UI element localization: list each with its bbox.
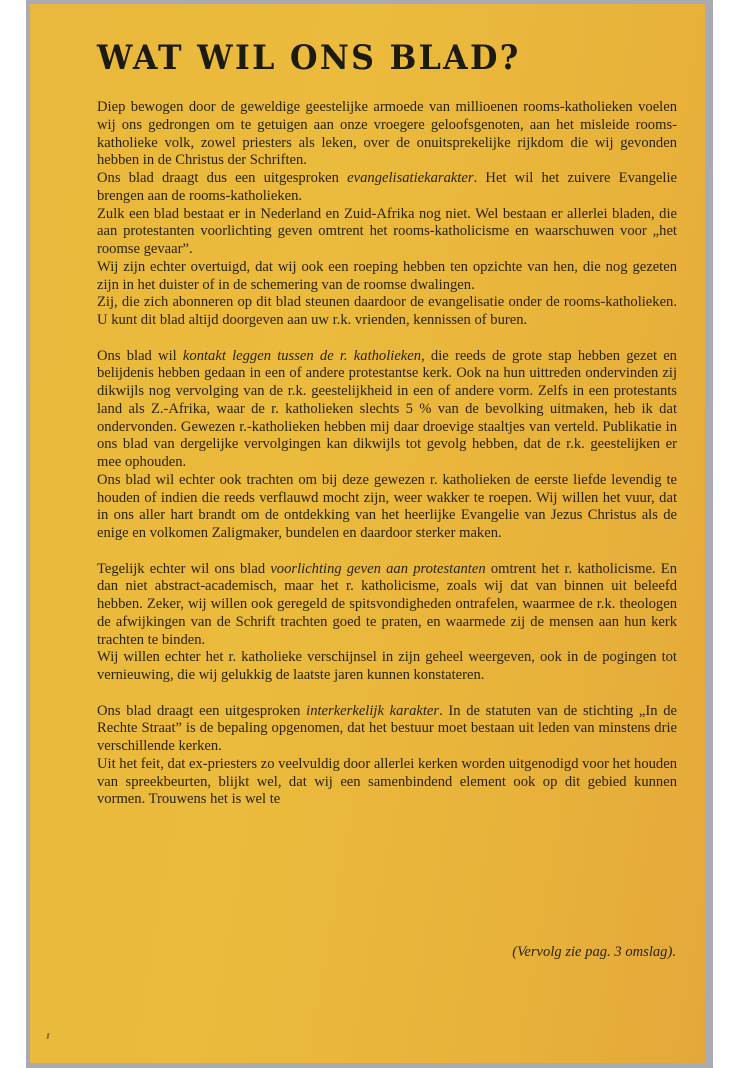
article-body: Diep bewogen door de geweldige geestelij… bbox=[97, 99, 677, 809]
paragraph-information: Tegelijk echter wil ons blad voorlichtin… bbox=[97, 561, 677, 650]
paragraph-first-love: Ons blad wil echter ook trachten om bij … bbox=[97, 472, 677, 543]
paragraph-intro: Diep bewogen door de geweldige geestelij… bbox=[97, 99, 677, 170]
paragraph-calling: Wij zijn echter overtuigd, dat wij ook e… bbox=[97, 259, 677, 295]
emphasis: evangelisatiekarakter bbox=[347, 170, 473, 186]
emphasis: voorlichting geven aan protestanten bbox=[270, 561, 485, 577]
paragraph-subscribe: Zij, die zich abonneren op dit blad steu… bbox=[97, 294, 677, 330]
paragraph-existing-papers: Zulk een blad bestaat er in Nederland en… bbox=[97, 206, 677, 259]
paragraph-ex-priests: Uit het feit, dat ex-priesters zo veelvu… bbox=[97, 756, 677, 809]
paragraph-renewal: Wij willen echter het r. katholieke vers… bbox=[97, 649, 677, 685]
page-title: WAT WIL ONS BLAD? bbox=[97, 38, 521, 78]
paragraph-interchurch: Ons blad draagt een uitgesproken interke… bbox=[97, 703, 677, 756]
emphasis: kontakt leggen tussen de r. katholieken bbox=[183, 348, 421, 364]
paragraph-evangelisation: Ons blad draagt dus een uitgesproken eva… bbox=[97, 170, 677, 206]
emphasis: interkerkelijk karakter bbox=[306, 703, 439, 719]
paragraph-contact: Ons blad wil kontakt leggen tussen de r.… bbox=[97, 348, 677, 472]
continuation-note: (Vervolg zie pag. 3 omslag). bbox=[512, 944, 676, 961]
